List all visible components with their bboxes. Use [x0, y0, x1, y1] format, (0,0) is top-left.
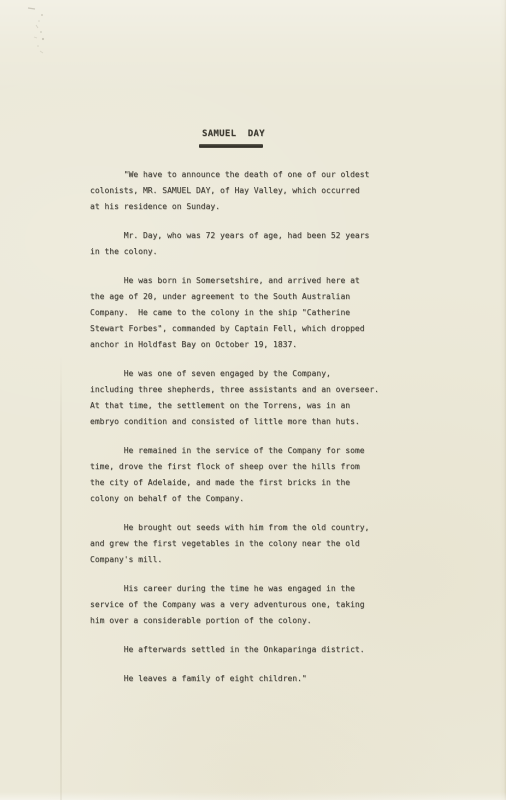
text-line: At that time, the settlement on the Torr…	[90, 398, 435, 414]
paragraph: He remained in the service of the Compan…	[90, 443, 435, 507]
paragraph: His career during the time he was engage…	[90, 581, 435, 629]
text-line: He leaves a family of eight children."	[90, 671, 435, 687]
text-line: colonists, MR. SAMUEL DAY, of Hay Valley…	[90, 183, 435, 199]
paragraph: He brought out seeds with him from the o…	[90, 520, 435, 568]
text-line: He was born in Somersetshire, and arrive…	[90, 273, 435, 289]
text-line: He was one of seven engaged by the Compa…	[90, 366, 435, 382]
text-line: him over a considerable portion of the c…	[90, 613, 435, 629]
text-line: He brought out seeds with him from the o…	[90, 520, 435, 536]
scanned-document-page: SAMUEL DAY "We have to announce the deat…	[0, 0, 506, 800]
paragraph: He afterwards settled in the Onkaparinga…	[90, 642, 435, 658]
text-line: embryo condition and consisted of little…	[90, 414, 435, 430]
document-paragraphs: "We have to announce the death of one of…	[90, 167, 435, 700]
text-line: including three shepherds, three assista…	[90, 382, 435, 398]
paragraph: Mr. Day, who was 72 years of age, had be…	[90, 228, 435, 260]
text-line: He remained in the service of the Compan…	[90, 443, 435, 459]
text-line: at his residence on Sunday.	[90, 199, 435, 215]
text-line: His career during the time he was engage…	[90, 581, 435, 597]
text-line: colony on behalf of the Company.	[90, 491, 435, 507]
text-line: Company. He came to the colony in the sh…	[90, 305, 435, 321]
paragraph: He was born in Somersetshire, and arrive…	[90, 273, 435, 353]
document-title-block: SAMUEL DAY	[199, 128, 265, 148]
text-line: Company's mill.	[90, 552, 435, 568]
text-line: Mr. Day, who was 72 years of age, had be…	[90, 228, 435, 244]
text-line: "We have to announce the death of one of…	[90, 167, 435, 183]
text-line: service of the Company was a very advent…	[90, 597, 435, 613]
paragraph: He leaves a family of eight children."	[90, 671, 435, 687]
text-line: time, drove the first flock of sheep ove…	[90, 459, 435, 475]
paragraph: He was one of seven engaged by the Compa…	[90, 366, 435, 430]
paper-crease	[60, 355, 62, 800]
text-line: the age of 20, under agreement to the So…	[90, 289, 435, 305]
paragraph: "We have to announce the death of one of…	[90, 167, 435, 215]
text-line: the city of Adelaide, and made the first…	[90, 475, 435, 491]
text-line: Stewart Forbes", commanded by Captain Fe…	[90, 321, 435, 337]
document-title: SAMUEL DAY	[199, 128, 265, 141]
text-line: He afterwards settled in the Onkaparinga…	[90, 642, 435, 658]
pencil-marks	[22, 5, 66, 57]
text-line: in the colony.	[90, 244, 435, 260]
text-line: anchor in Holdfast Bay on October 19, 18…	[90, 337, 435, 353]
text-line: and grew the first vegetables in the col…	[90, 536, 435, 552]
title-underline	[199, 144, 263, 148]
